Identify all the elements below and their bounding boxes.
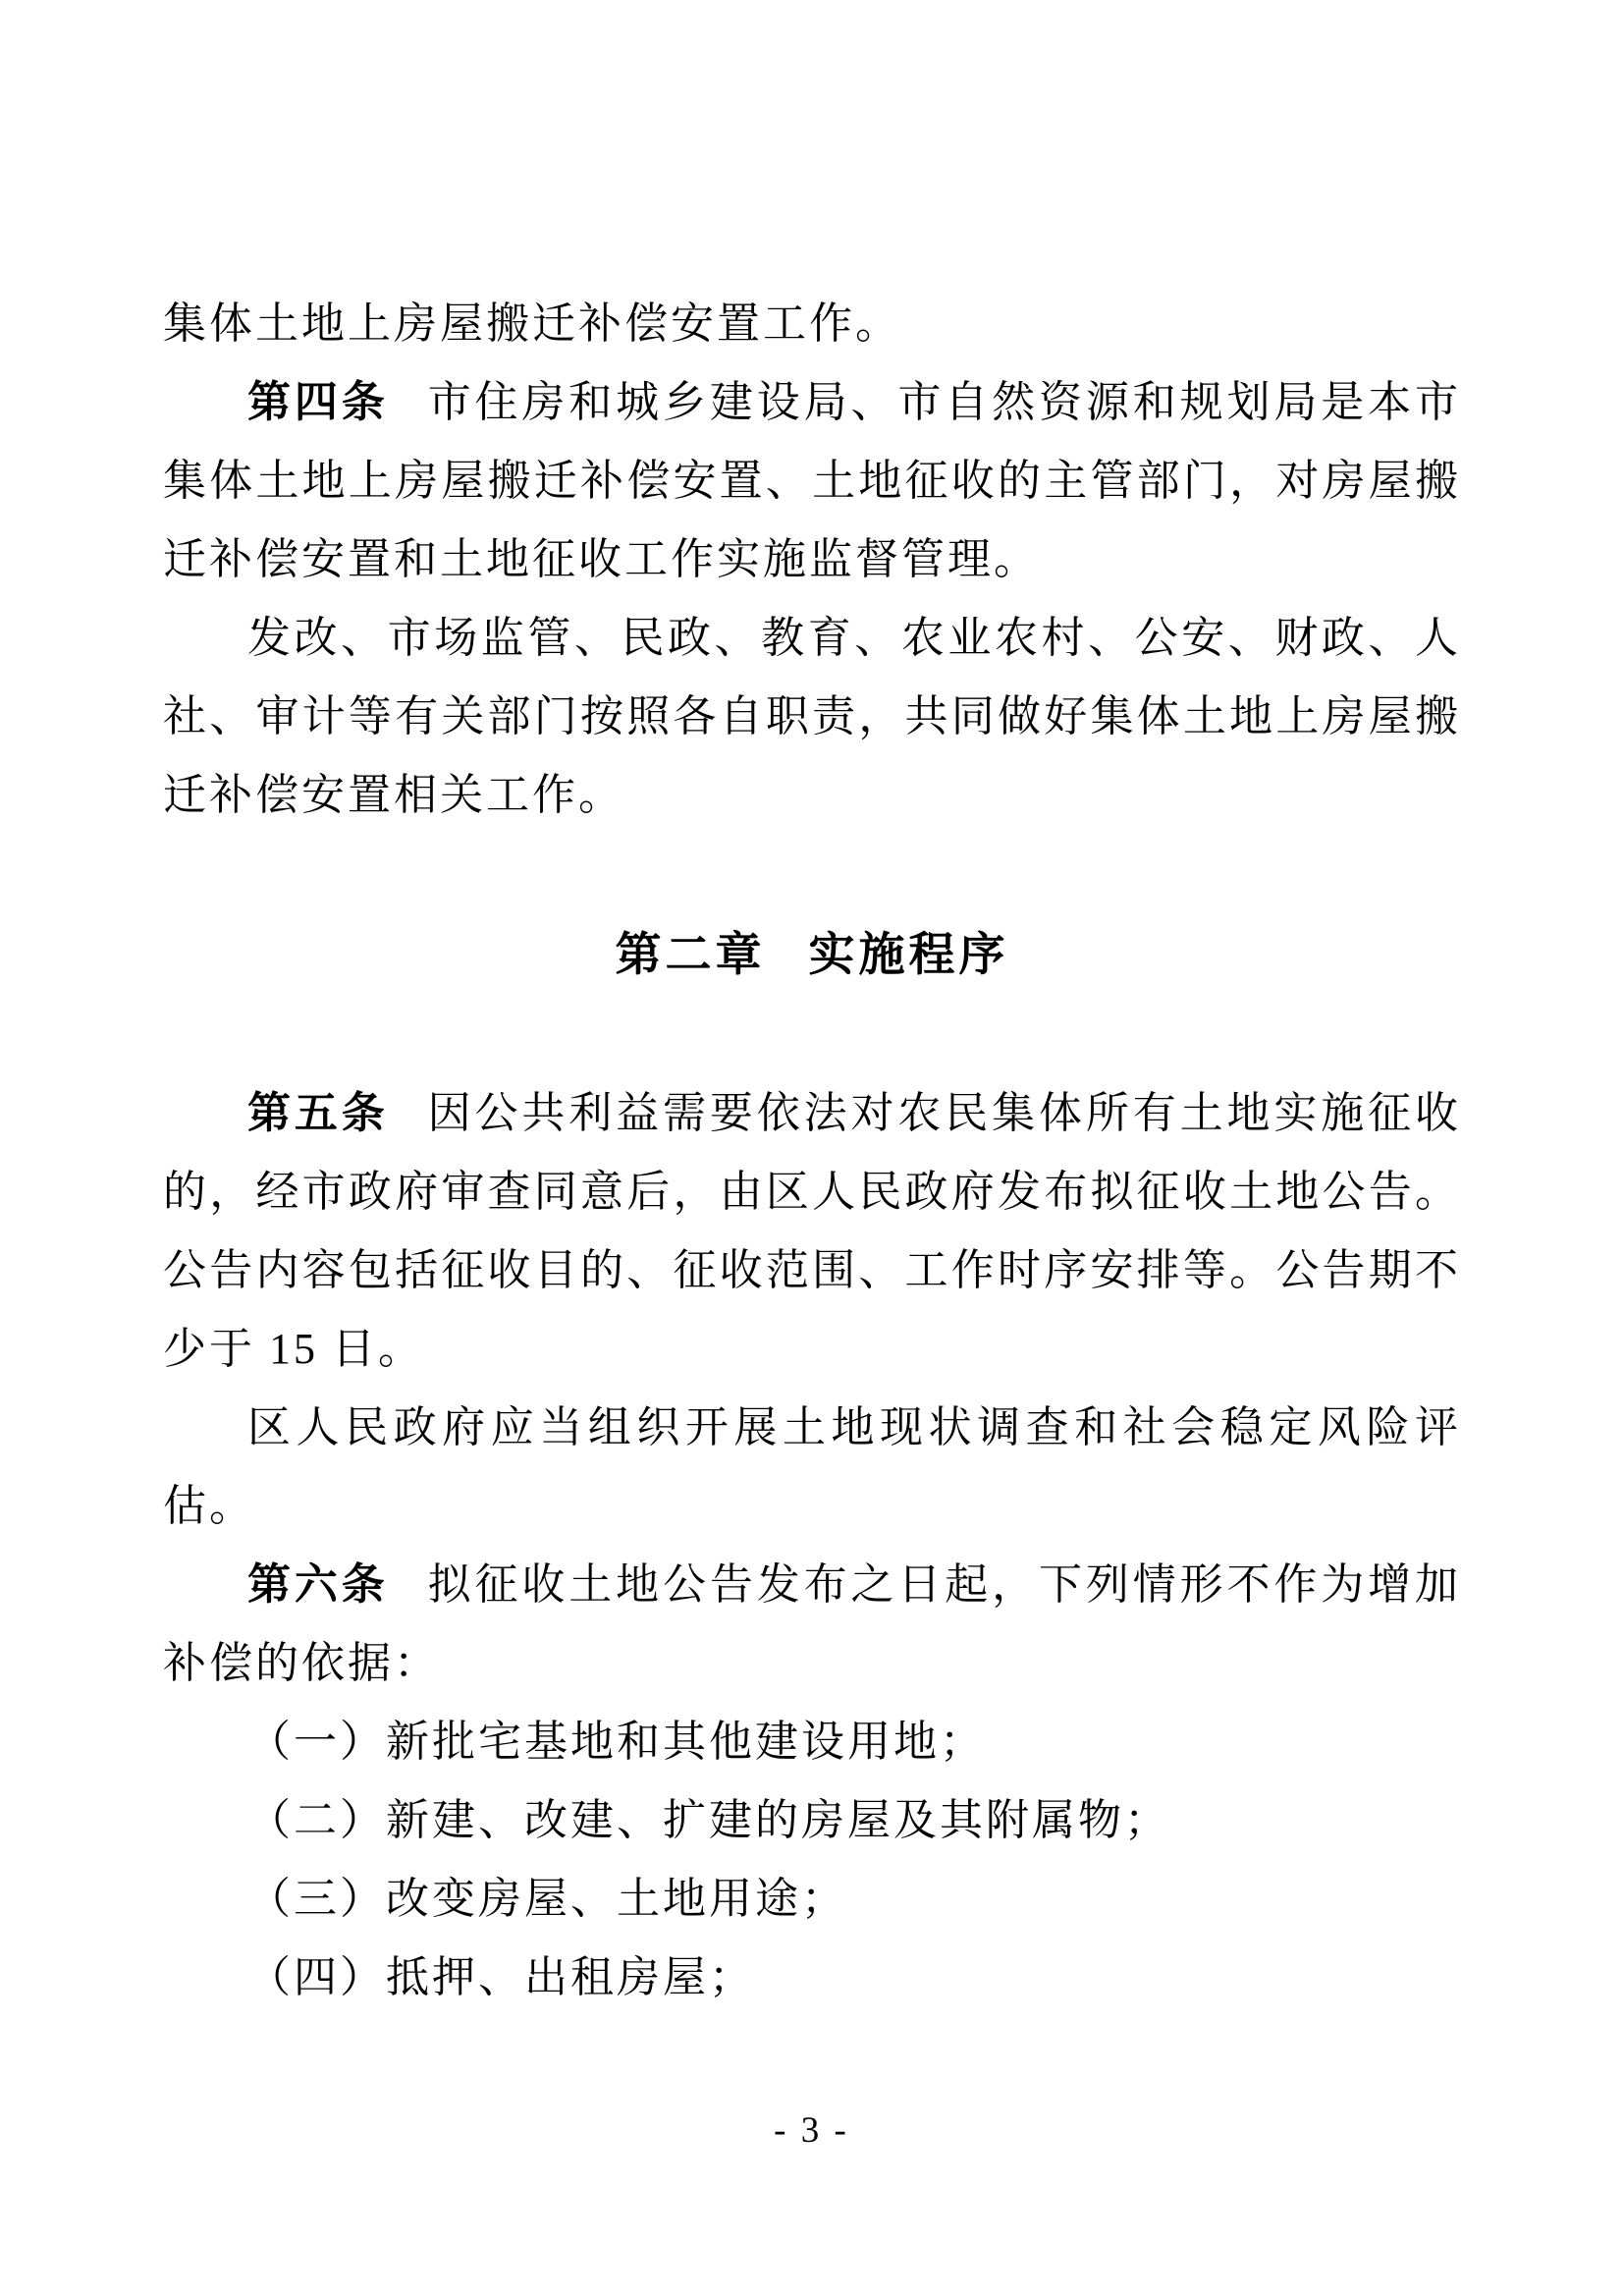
paragraph-article-5: 第五条因公共利益需要依法对农民集体所有土地实施征收的，经市政府审查同意后，由区人…: [163, 1074, 1461, 1389]
chapter-number: 第二章: [616, 928, 766, 980]
chapter-heading: 第二章实施程序: [163, 915, 1461, 994]
paragraph-departments: 发改、市场监管、民政、教育、农业农村、公安、财政、人社、审计等有关部门按照各自职…: [163, 599, 1461, 835]
list-item-4: （四）抵押、出租房屋；: [163, 1939, 1461, 2017]
article-5-number: 第五条: [247, 1089, 389, 1137]
chapter-title: 实施程序: [809, 928, 1009, 980]
article-6-number: 第六条: [247, 1560, 389, 1609]
paragraph-risk-assessment: 区人民政府应当组织开展土地现状调查和社会稳定风险评估。: [163, 1389, 1461, 1546]
document-page: 集体土地上房屋搬迁补偿安置工作。 第四条市住房和城乡建设局、市自然资源和规划局是…: [0, 0, 1623, 2296]
page-number: - 3 -: [0, 2109, 1623, 2152]
paragraph-article-6: 第六条拟征收土地公告发布之日起，下列情形不作为增加补偿的依据：: [163, 1546, 1461, 1703]
document-body: 集体土地上房屋搬迁补偿安置工作。 第四条市住房和城乡建设局、市自然资源和规划局是…: [163, 285, 1461, 2017]
paragraph-article-4: 第四条市住房和城乡建设局、市自然资源和规划局是本市集体土地上房屋搬迁补偿安置、土…: [163, 363, 1461, 599]
list-item-2: （二）新建、改建、扩建的房屋及其附属物；: [163, 1781, 1461, 1860]
paragraph-continuation: 集体土地上房屋搬迁补偿安置工作。: [163, 285, 1461, 363]
list-item-3: （三）改变房屋、土地用途；: [163, 1860, 1461, 1939]
article-4-number: 第四条: [247, 378, 389, 426]
list-item-1: （一）新批宅基地和其他建设用地；: [163, 1703, 1461, 1781]
